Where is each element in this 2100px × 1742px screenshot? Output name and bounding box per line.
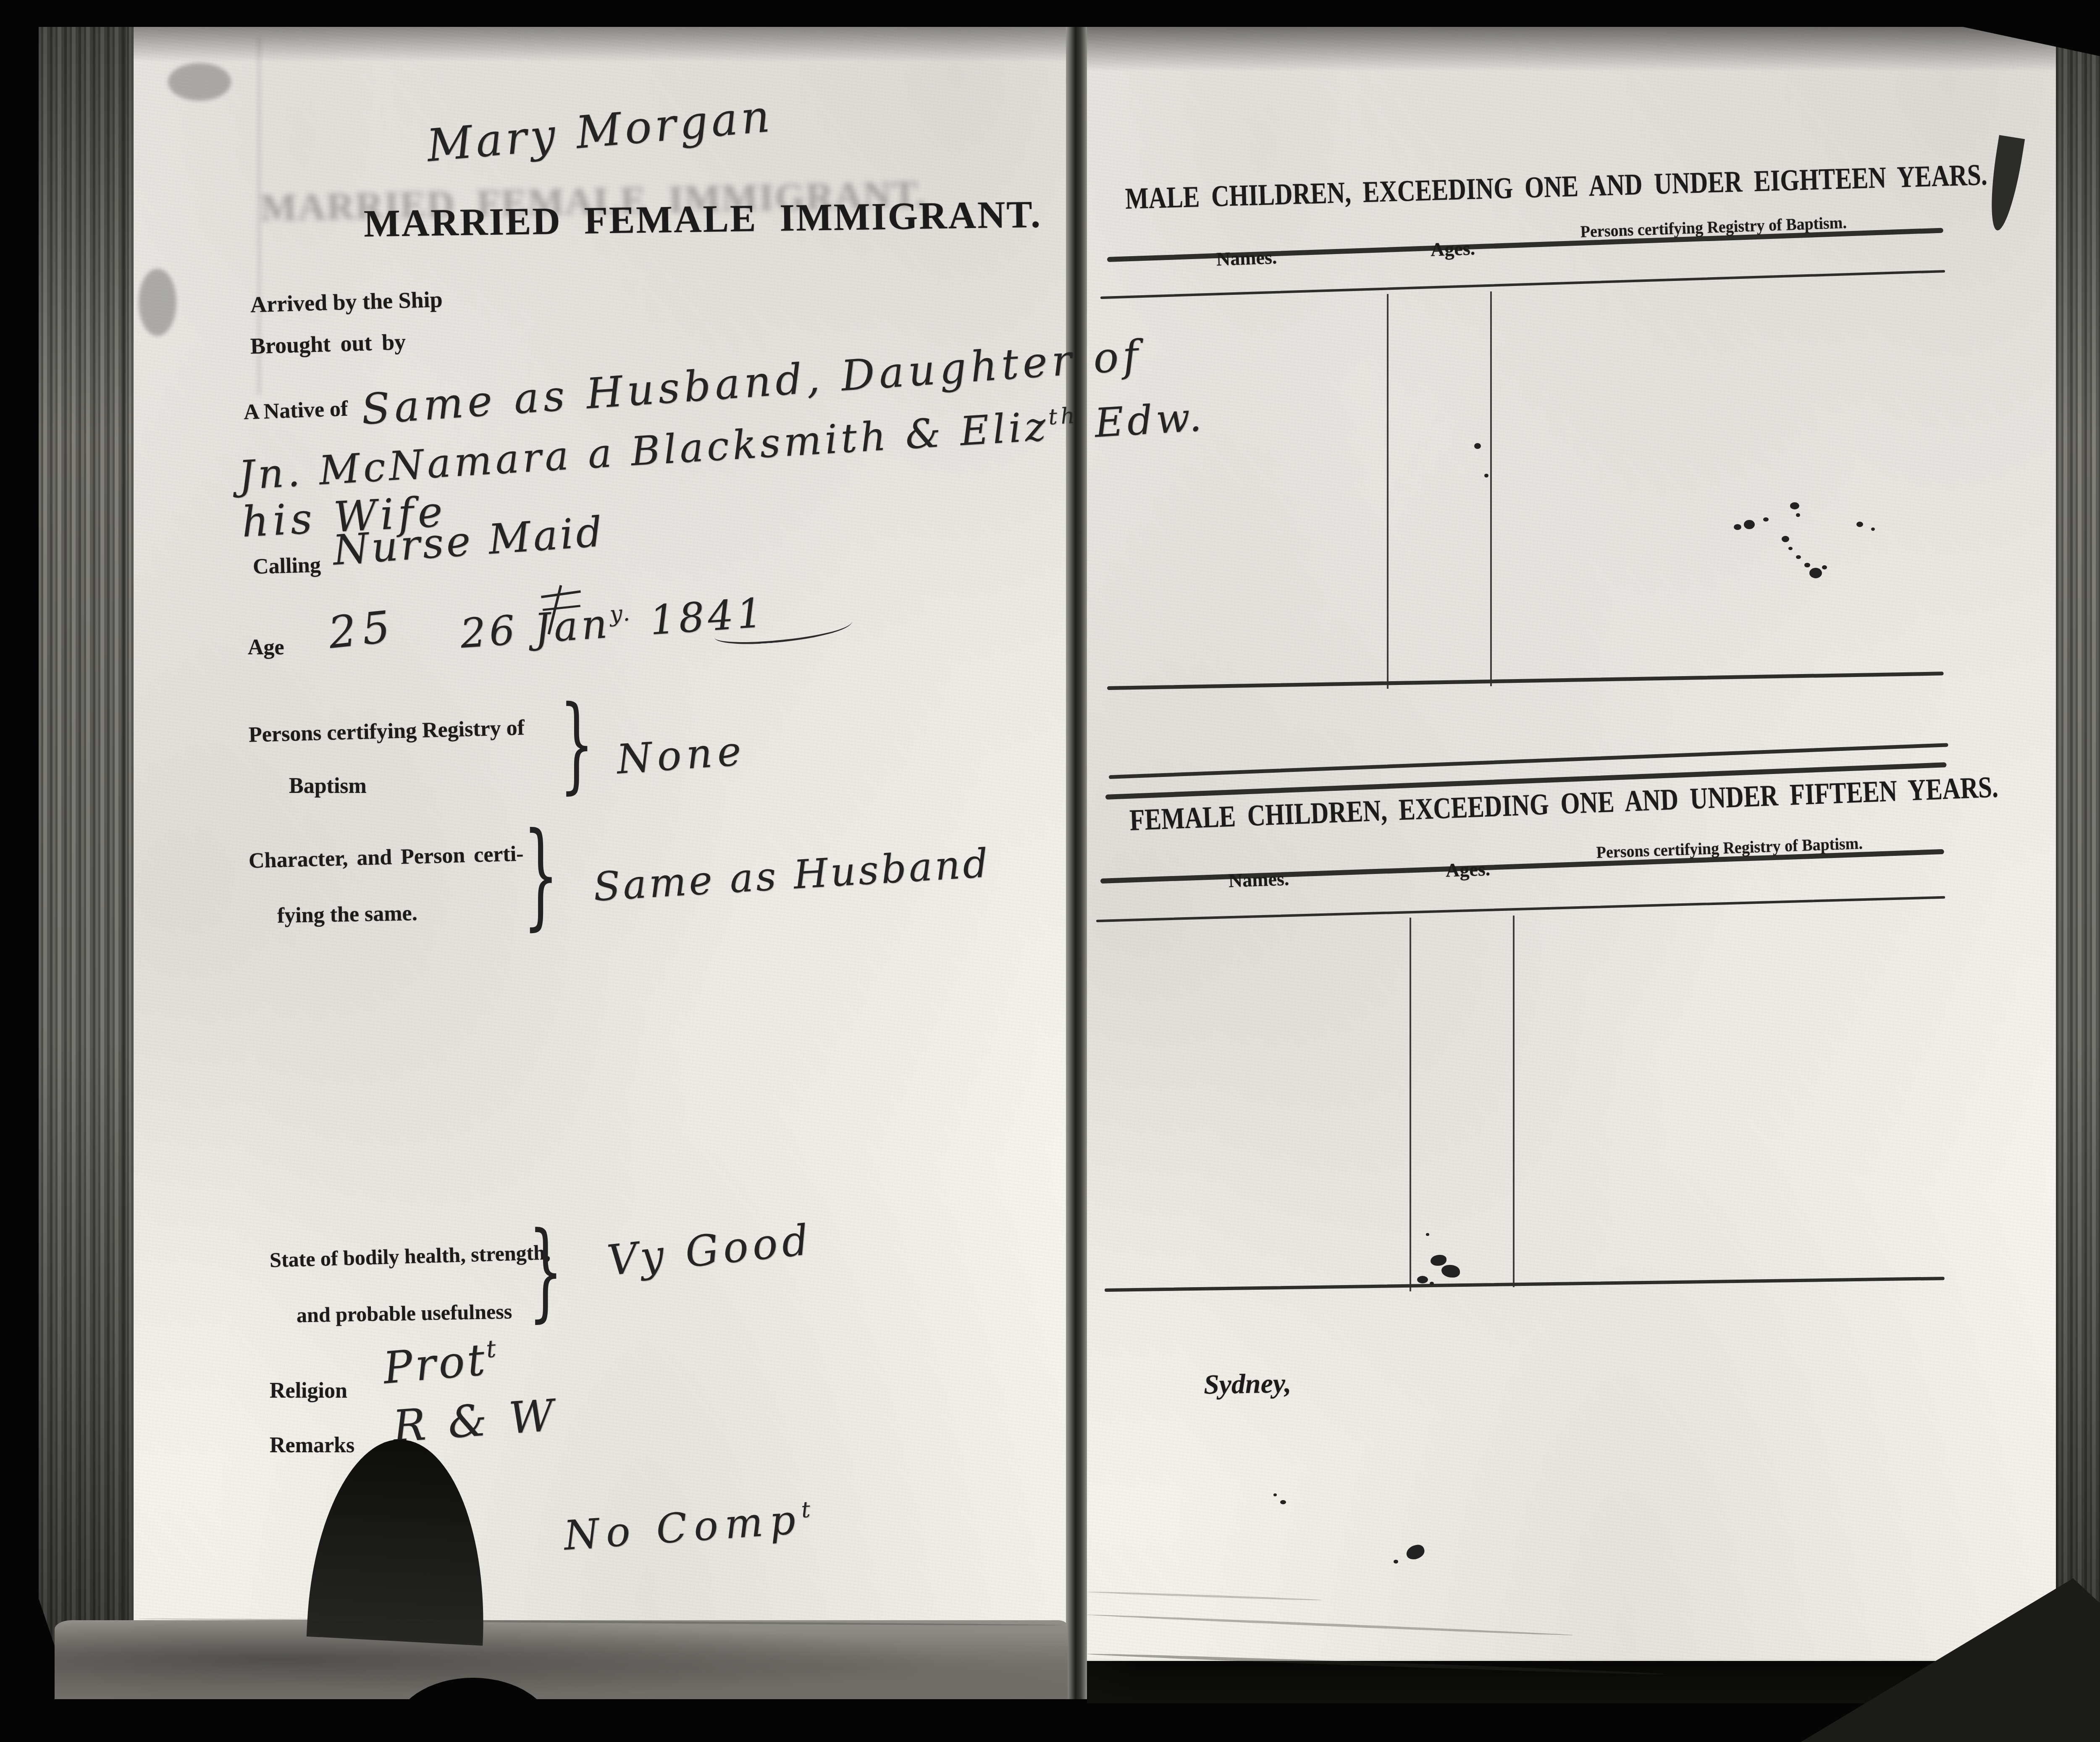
female-table-vline-1 [1410, 918, 1411, 1291]
health-label-line2: and probable usefulness [297, 1299, 512, 1327]
ink-speck [1796, 555, 1801, 559]
place-label: Sydney, [1203, 1367, 1291, 1401]
ink-speck [1796, 513, 1800, 517]
ink-speck [1856, 522, 1863, 527]
native-line2-rest: Edw. [1077, 394, 1206, 448]
religion-label: Religion [270, 1378, 347, 1403]
ink-speck [1809, 568, 1822, 578]
frame-top [0, 0, 2100, 27]
ink-speck [1788, 547, 1793, 550]
health-brace: } [528, 1228, 563, 1314]
page-edge-line-left-2 [131, 25, 133, 1663]
book-right-edge-shading [2056, 0, 2100, 1742]
religion-main: Prot [381, 1334, 489, 1394]
book-gutter [1066, 0, 1087, 1742]
ink-speck [1280, 1500, 1286, 1504]
female-col-names: Names. [1228, 867, 1289, 892]
ink-speck [1273, 1493, 1277, 1496]
ink-speck [1790, 502, 1799, 509]
left-page-bottom-gray-band [55, 1620, 1068, 1706]
age-label: Age [248, 635, 284, 660]
baptism-brace: } [559, 702, 594, 785]
calling-label: Calling [252, 553, 321, 579]
ink-speck [1782, 536, 1789, 542]
age-value: 25 [326, 601, 398, 658]
baptism-registry-label-line2: Baptism [289, 774, 367, 798]
ink-speck [1484, 474, 1488, 477]
religion-value: Prott [381, 1333, 501, 1394]
brought-out-by-label: Brought out by [250, 329, 406, 359]
date-superscript: y. [609, 600, 634, 627]
character-brace: } [523, 829, 559, 922]
page-title: MARRIED FEMALE IMMIGRANT. [363, 192, 1042, 246]
ink-speck [1804, 563, 1810, 567]
native-line2-superscript: th [1047, 403, 1079, 430]
ink-speck [1394, 1560, 1398, 1564]
male-col-ages: Ages. [1430, 237, 1475, 261]
baptism-value: None [615, 727, 747, 783]
ink-speck [1426, 1233, 1429, 1236]
book-right-page-edges [2056, 0, 2100, 1742]
ink-speck [1734, 524, 1741, 530]
male-table-vline-1 [1387, 294, 1389, 689]
ink-speck [1744, 520, 1755, 529]
ink-speck [1822, 565, 1827, 569]
male-table-vline-2 [1490, 291, 1492, 686]
ink-speck [1430, 1282, 1434, 1285]
remarks-label: Remarks [270, 1433, 354, 1458]
character-label-line2: fying the same. [277, 901, 418, 928]
ink-speck [1417, 1276, 1428, 1283]
ink-speck [1871, 527, 1875, 531]
male-col-names: Names. [1216, 246, 1277, 270]
left-page-smudge-2 [139, 269, 176, 336]
arrived-by-ship-label: Arrived by the Ship [250, 286, 443, 318]
register-scan: MARRIED FEMALE IMMIGRANT. Mary Morgan MA… [0, 0, 2100, 1742]
religion-superscript: t [485, 1335, 500, 1363]
left-page-smudge-1 [168, 63, 231, 101]
female-table-vline-2 [1513, 916, 1515, 1287]
native-of-label: A Native of [243, 396, 348, 425]
page-edge-line-left [123, 17, 126, 1671]
ink-speck [1763, 517, 1769, 522]
female-col-ages: Ages. [1445, 858, 1491, 881]
ink-speck [1474, 443, 1481, 449]
note-superscript: t [801, 1496, 818, 1523]
